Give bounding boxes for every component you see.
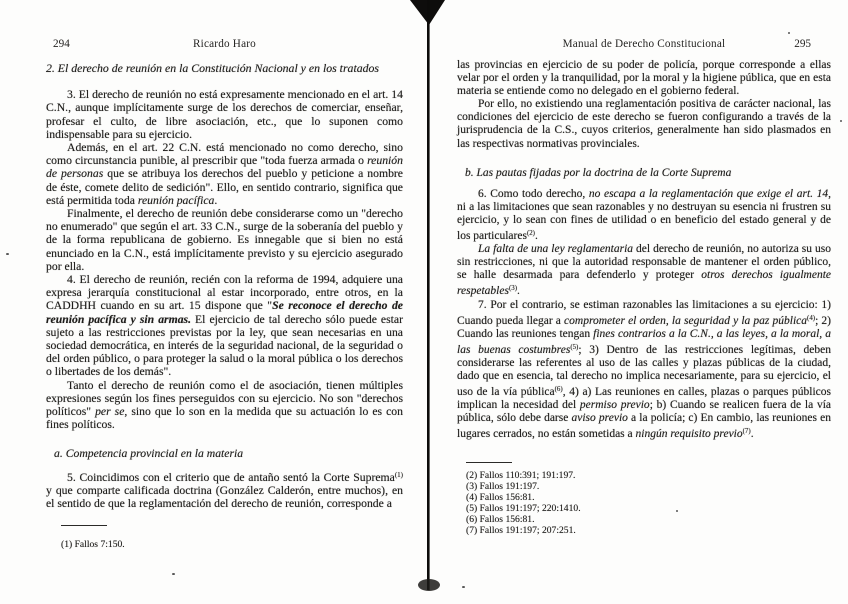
- scan-speck: [172, 573, 175, 575]
- text-segment: Finalmente, el derecho de reunión debe c…: [46, 207, 403, 273]
- text-segment: ningún requisito previo: [636, 428, 743, 440]
- left-page: 294 Ricardo Haro 2. El derecho de reunió…: [46, 38, 403, 600]
- paragraph: La falta de una ley reglamentaria del de…: [457, 243, 831, 298]
- paragraph: 3. El derecho de reunión no está expresa…: [46, 88, 403, 141]
- text-segment: Por ello, no existiendo una reglamentaci…: [457, 98, 831, 149]
- text-segment: .: [535, 230, 538, 242]
- text-segment: 3. El derecho de reunión no está expresa…: [46, 88, 403, 141]
- paragraph: Finalmente, el derecho de reunión debe c…: [46, 207, 403, 273]
- text-segment: y que comparte calificada doctrina (Gonz…: [46, 484, 403, 510]
- section-heading: 2. El derecho de reunión en la Constituc…: [46, 62, 403, 75]
- text-segment: b. Las pautas fijadas por la doctrina de…: [465, 167, 731, 179]
- footnote-marker: (2): [527, 230, 535, 237]
- scan-speck: [840, 120, 842, 122]
- footnote: (3) Fallos 191:197.: [457, 481, 831, 492]
- paragraph: Tanto el derecho de reunión como el de a…: [46, 379, 403, 432]
- paragraph: las provincias en ejercicio de su poder …: [457, 59, 831, 98]
- text-segment: comprometer el orden, la seguridad y la …: [564, 315, 807, 327]
- text-segment: reunión pacífica: [138, 194, 215, 207]
- right-page-footnotes: (2) Fallos 110:391; 191:197.(3) Fallos 1…: [457, 462, 831, 536]
- text-segment: las provincias en ejercicio de su poder …: [457, 59, 831, 97]
- text-segment: 6. Como todo derecho,: [478, 188, 589, 200]
- text-segment: .: [214, 194, 217, 207]
- right-page-body: las provincias en ejercicio de su poder …: [457, 59, 831, 441]
- footnote-marker: (3): [509, 285, 517, 292]
- text-segment: permiso previo: [580, 399, 650, 411]
- paragraph: 5. Coincidimos con el criterio que de an…: [46, 469, 403, 511]
- footnote-marker: (7): [743, 428, 751, 435]
- scan-speck: [462, 586, 465, 588]
- footnote: (7) Fallos 191:197; 207:251.: [457, 525, 831, 536]
- text-segment: La falta de una ley reglamentaria: [478, 243, 633, 255]
- left-running-header: Ricardo Haro: [46, 38, 403, 50]
- footnote-list: (1) Fallos 7:150.: [46, 539, 403, 550]
- footnote-marker: (4): [807, 315, 815, 322]
- right-page: Manual de Derecho Constitucional 295 las…: [457, 38, 831, 600]
- text-segment: no escapa a la reglamentación que exige …: [589, 188, 828, 200]
- scan-speck: [676, 510, 678, 512]
- text-segment: aviso previo: [572, 412, 628, 424]
- right-page-number: 295: [794, 38, 811, 50]
- footnote-marker: (6): [555, 386, 563, 393]
- paragraph: 4. El derecho de reunión, recién con la …: [46, 273, 403, 379]
- scan-speck: [788, 32, 790, 34]
- text-segment: .: [517, 285, 520, 297]
- left-page-header: 294 Ricardo Haro: [46, 38, 403, 51]
- paragraph: Por ello, no existiendo una reglamentaci…: [457, 98, 831, 150]
- scanned-book-spread: { "left_page": { "page_number": "294", "…: [0, 0, 848, 604]
- footnote-rule: [61, 525, 107, 526]
- text-segment: .: [751, 428, 754, 440]
- paragraph: 6. Como todo derecho, no escapa a la reg…: [457, 188, 831, 243]
- right-running-header: Manual de Derecho Constitucional: [457, 38, 831, 50]
- text-segment: a. Competencia provincial en la materia: [54, 447, 243, 460]
- left-page-number: 294: [53, 38, 70, 50]
- scan-speck: [6, 253, 9, 255]
- footnote-rule: [466, 462, 512, 463]
- section-heading: a. Competencia provincial en la materia: [46, 447, 403, 460]
- paragraph: Además, en el art. 22 C.N. está menciona…: [46, 141, 403, 207]
- text-segment: 5. Coincidimos con el criterio que de an…: [67, 471, 395, 484]
- text-segment: Además, en el art. 22 C.N. está menciona…: [46, 141, 403, 167]
- left-page-footnotes: (1) Fallos 7:150.: [46, 525, 403, 550]
- section-heading: b. Las pautas fijadas por la doctrina de…: [457, 167, 831, 180]
- paragraph: 7. Por el contrario, se estiman razonabl…: [457, 299, 831, 442]
- footnote: (6) Fallos 156:81.: [457, 514, 831, 525]
- footnote: (1) Fallos 7:150.: [46, 539, 403, 550]
- footnote: (5) Fallos 191:197; 220:1410.: [457, 503, 831, 514]
- footnote: (4) Fallos 156:81.: [457, 492, 831, 503]
- footnote: (2) Fallos 110:391; 191:197.: [457, 470, 831, 481]
- right-page-header: Manual de Derecho Constitucional 295: [457, 38, 831, 51]
- footnote-list: (2) Fallos 110:391; 191:197.(3) Fallos 1…: [457, 470, 831, 536]
- book-gutter-scan-noise: [399, 0, 453, 598]
- left-page-body: 2. El derecho de reunión en la Constituc…: [46, 62, 403, 510]
- text-segment: per se: [95, 405, 124, 418]
- text-segment: 2. El derecho de reunión en la Constituc…: [46, 61, 379, 75]
